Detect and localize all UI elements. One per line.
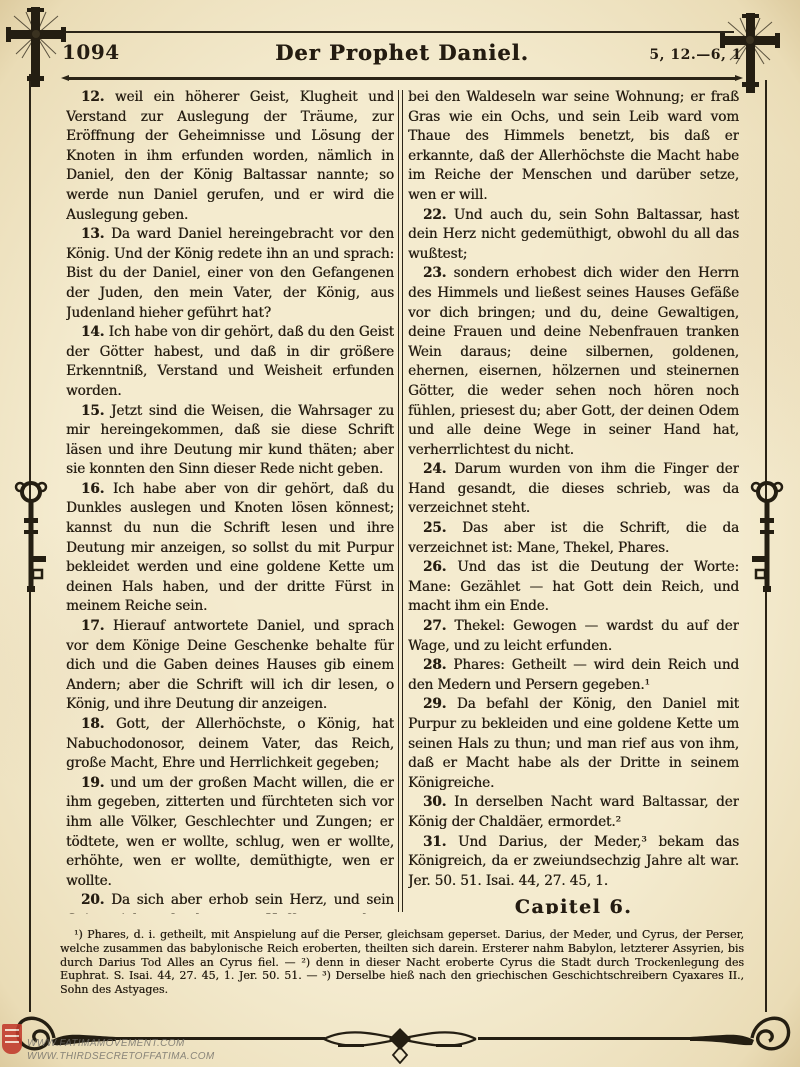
verse-paragraph: 20. Da sich aber erhob sein Herz, und se… (66, 891, 394, 914)
watermark: WWW.FATIMAMOVEMENT.COM WWW.THIRDSECRETOF… (0, 1020, 300, 1067)
verse-number: 15. (81, 403, 104, 419)
left-column: 12. weil ein höherer Geist, Klugheit und… (66, 88, 394, 914)
bottom-rule-right (478, 1037, 690, 1040)
verse-number: 18. (81, 716, 104, 732)
verse-number: 22. (423, 207, 446, 223)
verse-number: 14. (81, 324, 104, 340)
footnotes: ¹) Phares, d. i. getheilt, mit Anspielun… (60, 928, 744, 1002)
verse-paragraph: 28. Phares: Getheilt — wird dein Reich u… (408, 656, 739, 695)
verse-number: 23. (423, 265, 446, 281)
verse-number: 31. (423, 834, 446, 850)
watermark-url-1: WWW.FATIMAMOVEMENT.COM (27, 1038, 185, 1049)
column-divider (398, 90, 403, 912)
cross-icon (2, 2, 70, 94)
verse-paragraph: 29. Da befahl der König, den Daniel mit … (408, 695, 739, 793)
page-title: Der Prophet Daniel. (62, 40, 742, 65)
verse-paragraph: 26. Und das ist die Deutung der Worte: M… (408, 558, 739, 617)
verse-paragraph: 27. Thekel: Gewogen — wardst du auf der … (408, 617, 739, 656)
verse-paragraph: 16. Ich habe aber von dir gehört, daß du… (66, 480, 394, 617)
verse-number: 12. (81, 89, 104, 105)
key-icon (12, 478, 50, 610)
verse-number: 29. (423, 696, 446, 712)
verse-paragraph: 18. Gott, der Allerhöchste, o König, hat… (66, 715, 394, 774)
key-icon (748, 478, 786, 610)
verse-continuation: bei den Waldeseln war seine Wohnung; er … (408, 88, 739, 206)
verse-paragraph: 31. Und Darius, der Meder,³ bekam das Kö… (408, 833, 739, 892)
right-column-verses: 22. Und auch du, sein Sohn Baltassar, ha… (408, 206, 739, 892)
verse-number: 24. (423, 461, 446, 477)
verse-number: 20. (81, 892, 104, 908)
verse-paragraph: 12. weil ein höherer Geist, Klugheit und… (66, 88, 394, 225)
verse-number: 27. (423, 618, 446, 634)
verse-number: 17. (81, 618, 104, 634)
book-page: 1094 Der Prophet Daniel. 5, 12.—6, 1 12.… (0, 0, 800, 1067)
verse-number: 19. (81, 775, 104, 791)
verse-number: 13. (81, 226, 104, 242)
verse-number: 26. (423, 559, 446, 575)
verse-paragraph: 13. Da ward Daniel hereingebracht vor de… (66, 225, 394, 323)
verse-paragraph: 19. und um der großen Macht willen, die … (66, 774, 394, 892)
watermark-url-2: WWW.THIRDSECRETOFFATIMA.COM (27, 1051, 215, 1062)
verse-paragraph: 17. Hierauf antwortete Daniel, und sprac… (66, 617, 394, 715)
verse-paragraph: 15. Jetzt sind die Weisen, die Wahrsager… (66, 402, 394, 480)
page-header: 1094 Der Prophet Daniel. 5, 12.—6, 1 (62, 40, 742, 70)
header-rule (68, 77, 736, 80)
frame-top-rule (52, 31, 734, 33)
verse-paragraph: 23. sondern erhobest dich wider den Herr… (408, 264, 739, 460)
verse-paragraph: 25. Das aber ist die Schrift, die da ver… (408, 519, 739, 558)
scroll-flourish-icon (688, 1008, 798, 1064)
right-column: bei den Waldeseln war seine Wohnung; er … (408, 88, 739, 914)
verse-paragraph: 14. Ich habe von dir gehört, daß du den … (66, 323, 394, 401)
verse-number: 30. (423, 794, 446, 810)
chapter-heading: Capitel 6. (408, 898, 739, 914)
verse-paragraph: 24. Darum wurden von ihm die Finger der … (408, 460, 739, 519)
verse-paragraph: 30. In derselben Nacht ward Baltassar, d… (408, 793, 739, 832)
verse-paragraph: 22. Und auch du, sein Sohn Baltassar, ha… (408, 206, 739, 265)
ribbon-flourish-icon (320, 1014, 480, 1064)
verse-number: 16. (81, 481, 104, 497)
shield-logo-icon (2, 1024, 22, 1054)
verse-number: 25. (423, 520, 446, 536)
verse-number: 28. (423, 657, 446, 673)
